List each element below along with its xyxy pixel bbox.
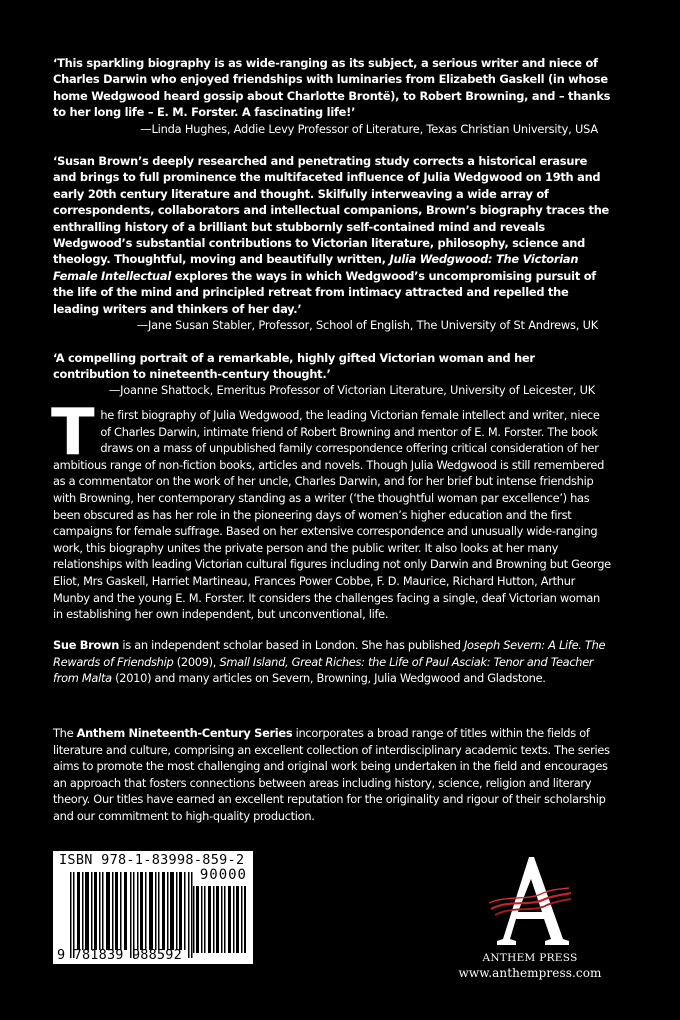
endorsement-1: ‘This sparkling biography is as wide-ran…	[53, 55, 613, 137]
publisher-logo: ANTHEM PRESS www.anthempress.com	[445, 855, 615, 975]
ean-digits: 9 781839 988592	[57, 947, 182, 963]
bio-text: is an independent scholar based in Londo…	[119, 638, 464, 652]
bio-text: (2009),	[173, 655, 219, 669]
author-name: Sue Brown	[53, 638, 119, 652]
endorsement-3: ‘A compelling portrait of a remarkable, …	[53, 350, 613, 399]
endorsement-attribution: —Linda Hughes, Addie Levy Professor of L…	[53, 121, 613, 137]
endorsement-quote: ‘A compelling portrait of a remarkable, …	[53, 350, 613, 383]
endorsement-attribution: —Jane Susan Stabler, Professor, School o…	[53, 317, 613, 333]
endorsement-attribution: —Joanne Shattock, Emeritus Professor of …	[53, 382, 613, 398]
description-text: he first biography of Julia Wedgwood, th…	[53, 408, 611, 621]
series-text: incorporates a broad range of titles wit…	[53, 726, 610, 823]
quote-text: ‘Susan Brown’s deeply researched and pen…	[53, 154, 609, 266]
anthem-a-logo-icon	[485, 855, 575, 947]
isbn-label: ISBN 978-1-83998-859-2	[59, 852, 244, 868]
series-text: The	[53, 726, 77, 740]
endorsement-quote: ‘This sparkling biography is as wide-ran…	[53, 55, 613, 121]
isbn-barcode: ISBN 978-1-83998-859-2 90000	[53, 851, 253, 964]
author-bio: Sue Brown is an independent scholar base…	[53, 637, 613, 687]
back-cover-content: ‘This sparkling biography is as wide-ran…	[53, 55, 613, 415]
series-description: The Anthem Nineteenth-Century Series inc…	[53, 725, 613, 825]
drop-cap: T	[51, 408, 94, 456]
bio-text: (2010) and many articles on Severn, Brow…	[112, 671, 546, 685]
publisher-name: ANTHEM PRESS	[445, 952, 615, 964]
publisher-url[interactable]: www.anthempress.com	[445, 966, 615, 980]
endorsement-2: ‘Susan Brown’s deeply researched and pen…	[53, 153, 613, 333]
barcode-addon-number: 90000	[200, 867, 247, 883]
barcode-bars-icon	[70, 872, 196, 958]
barcode-addon-bars-icon	[193, 886, 247, 953]
series-name: Anthem Nineteenth-Century Series	[77, 726, 293, 740]
book-description: The first biography of Julia Wedgwood, t…	[53, 407, 613, 623]
endorsement-quote: ‘Susan Brown’s deeply researched and pen…	[53, 153, 613, 317]
